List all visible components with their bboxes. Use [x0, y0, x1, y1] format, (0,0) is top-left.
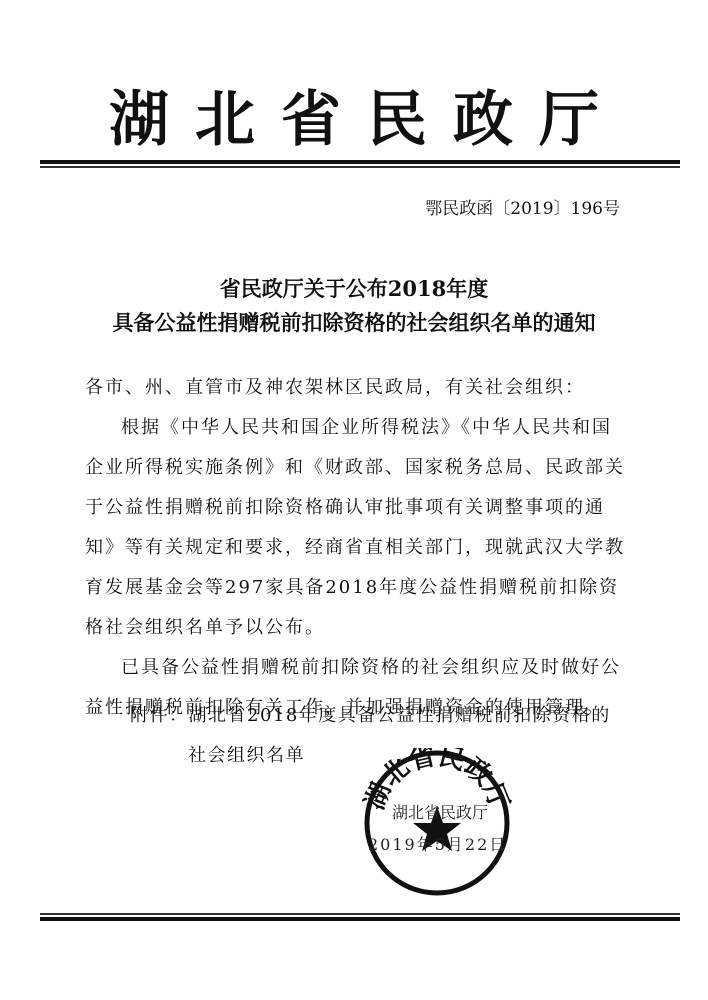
- notice-title-line2: 具备公益性捐赠税前扣除资格的社会组织名单的通知: [0, 306, 708, 340]
- official-seal-icon: 湖北省民政厅: [362, 748, 512, 898]
- salutation: 各市、州、直管市及神农架林区民政局，有关社会组织：: [85, 368, 630, 408]
- header-divider: [40, 160, 680, 164]
- organization-title: 湖北省民政厅: [0, 80, 708, 160]
- footer-divider: [40, 917, 680, 921]
- attachment-line1: 湖北省2018年度具备公益性捐赠税前扣除资格的: [189, 705, 611, 726]
- document-number: 鄂民政函〔2019〕196号: [425, 196, 620, 222]
- signing-date: 2019年5月22日: [368, 832, 507, 855]
- notice-title-line1: 省民政厅关于公布2018年度: [0, 272, 708, 306]
- notice-body: 各市、州、直管市及神农架林区民政局，有关社会组织： 根据《中华人民共和国企业所得…: [85, 368, 630, 728]
- header-divider-thin: [40, 166, 680, 168]
- paragraph-1: 根据《中华人民共和国企业所得税法》《中华人民共和国企业所得税实施条例》和《财政部…: [85, 408, 630, 648]
- seal-inner-text: 湖北省民政厅: [392, 800, 488, 823]
- attachment-label: 附件：: [130, 705, 189, 726]
- footer-divider-thin: [40, 913, 680, 915]
